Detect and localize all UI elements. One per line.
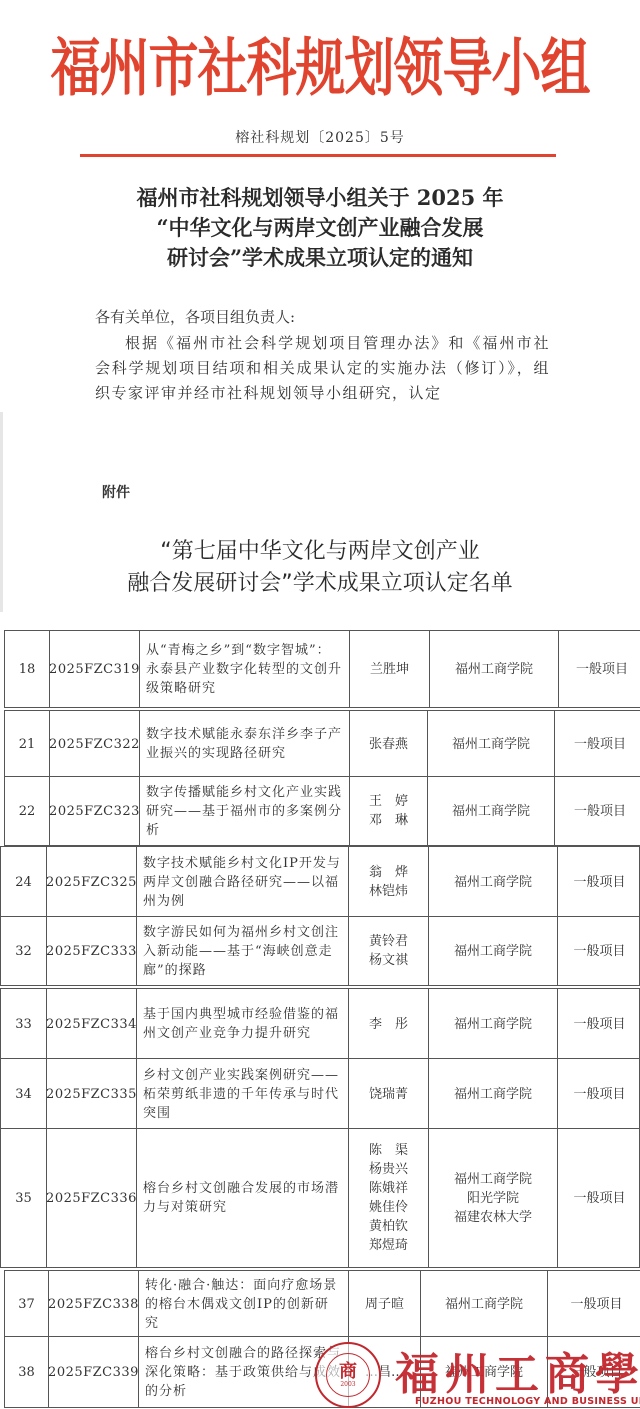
row-number: 34 xyxy=(1,1059,47,1129)
table-row: 18 2025FZC319 从“青梅之乡”到“数字智城”：永泰县产业数字化转型的… xyxy=(4,630,640,708)
unit-name: 福州工商学院 xyxy=(452,735,530,754)
notice-title-line: 研讨会”学术成果立项认定的通知 xyxy=(0,243,640,273)
document-number: 榕社科规划〔2025〕5号 xyxy=(0,127,640,147)
project-leaders: 周子暄 xyxy=(349,1271,421,1337)
project-leaders: 翁 烨 林铠炜 xyxy=(349,847,429,917)
unit-name: 福州工商学院 xyxy=(455,660,533,679)
table-row: 24 2025FZC325 数字技术赋能乡村文化IP开发与两岸文创融合路径研究—… xyxy=(0,846,640,918)
unit-name: 福州工商学院 xyxy=(454,942,532,961)
project-leaders: 张春燕 xyxy=(350,711,428,777)
attachment-label: 附件 xyxy=(102,482,130,502)
leader-name: 杨贵兴 xyxy=(369,1160,408,1179)
leader-name: 饶瑞菁 xyxy=(369,1085,408,1104)
project-title: 乡村文创产业实践案例研究——柘荣剪纸非遗的千年传承与时代突围 xyxy=(137,1059,349,1129)
unit-name: 福州工商学院 xyxy=(454,873,532,892)
table-row: 34 2025FZC335 乡村文创产业实践案例研究——柘荣剪纸非遗的千年传承与… xyxy=(0,1058,640,1130)
unit-name: 福州工商学院 xyxy=(454,1085,532,1104)
project-code: 2025FZC339 xyxy=(49,1337,139,1407)
unit-name: 福州工商学院 xyxy=(454,1170,532,1189)
project-category: 一般项目 xyxy=(558,1059,640,1129)
project-units: 福州工商学院 xyxy=(430,631,559,707)
notice-title-line: 福州市社科规划领导小组关于 2025 年 xyxy=(0,183,640,213)
row-number: 38 xyxy=(5,1337,49,1407)
row-number: 21 xyxy=(5,711,50,777)
unit-name: 福州工商学院 xyxy=(445,1295,523,1314)
project-units: 福州工商学院 xyxy=(429,1059,558,1129)
project-title: 数字技术赋能永泰东洋乡李子产业振兴的实现路径研究 xyxy=(140,711,350,777)
seal-year: 2003 xyxy=(340,1381,355,1388)
unit-name: 福建农林大学 xyxy=(454,1208,532,1227)
watermark-school-name-en: FUZHOU TECHNOLOGY AND BUSINESS UNIVERSIT… xyxy=(415,1396,640,1407)
table-row: 35 2025FZC336 榕台乡村文创融合发展的市场潜力与对策研究 陈 渠 杨… xyxy=(0,1128,640,1268)
table-row: 37 2025FZC338 转化·融合·触达：面向疗愈场景的榕台木偶戏文创IP的… xyxy=(4,1270,640,1338)
project-title: 转化·融合·触达：面向疗愈场景的榕台木偶戏文创IP的创新研究 xyxy=(139,1271,349,1337)
letterhead-red-rule xyxy=(80,154,556,157)
table-row: 21 2025FZC322 数字技术赋能永泰东洋乡李子产业振兴的实现路径研究 张… xyxy=(4,710,640,778)
attachment-list-title: “第七届中华文化与两岸文创产业 融合发展研讨会”学术成果立项认定名单 xyxy=(0,536,640,600)
row-number: 37 xyxy=(5,1271,49,1337)
letterhead-organization: 福州市社科规划领导小组 xyxy=(0,18,640,108)
leader-name: 黄柏钦 xyxy=(369,1217,408,1236)
row-number: 33 xyxy=(1,989,47,1059)
leader-name: 周子暄 xyxy=(365,1295,404,1314)
project-category: 一般项目 xyxy=(558,847,640,917)
project-category: 一般项目 xyxy=(558,917,640,985)
seal-glyph: 商 xyxy=(339,1363,357,1381)
project-code: 2025FZC322 xyxy=(50,711,140,777)
university-watermark: 商 2003 福州工商學院 FUZHOU TECHNOLOGY AND BUSI… xyxy=(315,1342,640,1409)
leader-name: 黄铃君 xyxy=(369,932,408,951)
project-category: 一般项目 xyxy=(559,631,640,707)
project-code: 2025FZC319 xyxy=(50,631,140,707)
leader-name: 张春燕 xyxy=(369,735,408,754)
leader-name: 姚佳伶 xyxy=(369,1198,408,1217)
unit-name: 福州工商学院 xyxy=(452,802,530,821)
notice-title: 福州市社科规划领导小组关于 2025 年 “中华文化与两岸文创产业融合发展 研讨… xyxy=(0,183,640,273)
leader-name: 郑煜琦 xyxy=(369,1236,408,1255)
notice-document: 福州市社科规划领导小组 榕社科规划〔2025〕5号 福州市社科规划领导小组关于 … xyxy=(0,0,640,615)
leader-name: 翁 烨 xyxy=(369,863,408,882)
salutation: 各有关单位，各项目组负责人: xyxy=(95,306,295,327)
watermark-school-name-cn: 福州工商學院 xyxy=(395,1338,640,1402)
unit-name: 阳光学院 xyxy=(467,1189,519,1208)
table-row: 22 2025FZC323 数字传播赋能乡村文化产业实践研究——基于福州市的多案… xyxy=(4,776,640,846)
project-units: 福州工商学院 xyxy=(428,777,555,845)
project-title: 从“青梅之乡”到“数字智城”：永泰县产业数字化转型的文创升级策略研究 xyxy=(140,631,350,707)
project-code: 2025FZC325 xyxy=(47,847,137,917)
list-title-line: 融合发展研讨会”学术成果立项认定名单 xyxy=(0,568,640,600)
project-code: 2025FZC323 xyxy=(50,777,140,845)
body-paragraph: 根据《福州市社会科学规划项目管理办法》和《福州市社会科学规划项目结项和相关成果认… xyxy=(95,331,550,406)
project-title: 数字游民如何为福州乡村文创注入新动能——基于“海峡创意走廊”的探路 xyxy=(137,917,349,985)
row-number: 32 xyxy=(1,917,47,985)
table-row: 32 2025FZC333 数字游民如何为福州乡村文创注入新动能——基于“海峡创… xyxy=(0,916,640,986)
leader-name: 杨文祺 xyxy=(369,951,408,970)
project-category: 一般项目 xyxy=(555,711,640,777)
project-code: 2025FZC338 xyxy=(49,1271,139,1337)
project-leaders: 饶瑞菁 xyxy=(349,1059,429,1129)
project-code: 2025FZC335 xyxy=(47,1059,137,1129)
row-number: 18 xyxy=(5,631,50,707)
project-title: 榕台乡村文创融合发展的市场潜力与对策研究 xyxy=(137,1129,349,1267)
unit-name: 福州工商学院 xyxy=(454,1015,532,1034)
project-code: 2025FZC336 xyxy=(47,1129,137,1267)
project-title: 基于国内典型城市经验借鉴的福州文创产业竞争力提升研究 xyxy=(137,989,349,1059)
leader-name: 邓 琳 xyxy=(369,811,408,830)
project-category: 一般项目 xyxy=(558,989,640,1059)
university-seal-icon: 商 2003 xyxy=(315,1342,381,1408)
leader-name: 陈 渠 xyxy=(369,1141,408,1160)
project-title: 数字传播赋能乡村文化产业实践研究——基于福州市的多案例分析 xyxy=(140,777,350,845)
project-code: 2025FZC334 xyxy=(47,989,137,1059)
project-leaders: 兰胜坤 xyxy=(350,631,430,707)
project-units: 福州工商学院 xyxy=(428,711,555,777)
leader-name: 林铠炜 xyxy=(369,882,408,901)
project-leaders: 黄铃君 杨文祺 xyxy=(349,917,429,985)
project-units: 福州工商学院 阳光学院 福建农林大学 xyxy=(429,1129,558,1267)
leader-name: 兰胜坤 xyxy=(370,660,409,679)
project-leaders: 陈 渠 杨贵兴 陈娥祥 姚佳伶 黄柏钦 郑煜琦 xyxy=(349,1129,429,1267)
project-category: 一般项目 xyxy=(548,1271,640,1337)
project-units: 福州工商学院 xyxy=(429,847,558,917)
project-leaders: 王 婷 邓 琳 xyxy=(350,777,428,845)
project-units: 福州工商学院 xyxy=(429,917,558,985)
project-category: 一般项目 xyxy=(555,777,640,845)
seal-inner-ring: 商 2003 xyxy=(326,1353,370,1397)
notice-title-line: “中华文化与两岸文创产业融合发展 xyxy=(0,213,640,243)
project-units: 福州工商学院 xyxy=(429,989,558,1059)
project-title: 数字技术赋能乡村文化IP开发与两岸文创融合路径研究——以福州为例 xyxy=(137,847,349,917)
project-units: 福州工商学院 xyxy=(421,1271,548,1337)
leader-name: 王 婷 xyxy=(369,792,408,811)
project-code: 2025FZC333 xyxy=(47,917,137,985)
leader-name: 陈娥祥 xyxy=(369,1179,408,1198)
list-title-line: “第七届中华文化与两岸文创产业 xyxy=(0,536,640,568)
row-number: 35 xyxy=(1,1129,47,1267)
project-leaders: 李 彤 xyxy=(349,989,429,1059)
project-category: 一般项目 xyxy=(558,1129,640,1267)
leader-name: 李 彤 xyxy=(369,1015,408,1034)
row-number: 24 xyxy=(1,847,47,917)
row-number: 22 xyxy=(5,777,50,845)
table-row: 33 2025FZC334 基于国内典型城市经验借鉴的福州文创产业竞争力提升研究… xyxy=(0,988,640,1060)
